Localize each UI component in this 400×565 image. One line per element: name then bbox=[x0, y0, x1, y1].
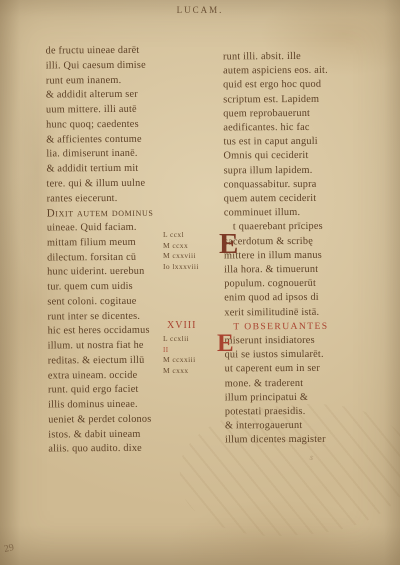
text-line: comminuet illum. bbox=[224, 206, 366, 221]
text-line: qui se iustos simularēt. bbox=[225, 348, 367, 363]
initial-letter-E-quaerebant: E bbox=[219, 231, 238, 257]
text-line: Dixit autem dominus bbox=[47, 206, 179, 222]
text-line: miserunt insidiatores bbox=[224, 334, 366, 349]
text-line: ut caperent eum in ser bbox=[225, 362, 367, 377]
text-line: M ccxx bbox=[163, 241, 199, 252]
text-line: illum. ut nostra fiat he bbox=[48, 339, 180, 355]
text-column-right: runt illi. absit. illeautem aspiciens eo… bbox=[223, 50, 367, 448]
text-line: mittere in illum manus bbox=[224, 248, 366, 263]
text-line: sent coloni. cogitaue bbox=[47, 294, 179, 310]
text-line: reditas. & eiectum illū bbox=[48, 353, 180, 369]
text-line: L ccxlii bbox=[163, 334, 196, 345]
text-line: L ccxl bbox=[163, 230, 199, 241]
text-line: tus est in caput anguli bbox=[223, 135, 365, 150]
text-line: enim quod ad ipsos di bbox=[224, 291, 366, 306]
text-line: uum mittere. illi autē bbox=[46, 103, 178, 119]
text-line: t obseruantes bbox=[224, 319, 366, 334]
text-line: quem autem ceciderit bbox=[224, 192, 366, 207]
initial-letter-E-obseruantes: E bbox=[217, 331, 234, 357]
text-line: runt illi. absit. ille bbox=[223, 50, 365, 65]
text-line: aliis. quo audito. dixe bbox=[48, 442, 180, 458]
text-line: autem aspiciens eos. ait. bbox=[223, 64, 365, 79]
text-line: populum. cognouerūt bbox=[224, 277, 366, 292]
text-line: tur. quem cum uidis bbox=[47, 280, 179, 296]
text-line: quem reprobauerunt bbox=[223, 106, 365, 121]
eusebian-canon-block-2: L ccxliiIIM ccxxiiiM cxxx bbox=[163, 334, 196, 376]
text-line: runt inter se dicentes. bbox=[47, 309, 179, 325]
text-line: M cxxx bbox=[163, 366, 196, 377]
text-line: hunc quoq; caedentes bbox=[46, 117, 178, 133]
text-line: quid est ergo hoc quod bbox=[223, 78, 365, 93]
text-line: de fructu uineae darēt bbox=[46, 44, 178, 60]
text-line: conquassabitur. supra bbox=[224, 177, 366, 192]
text-line: uineae. Quid faciam. bbox=[47, 221, 179, 237]
text-line: illis dominus uineae. bbox=[48, 398, 180, 414]
text-line: sacerdotum & scribę bbox=[224, 234, 366, 249]
text-line: & addidit alterum ser bbox=[46, 88, 178, 104]
text-line: mone. & traderent bbox=[225, 376, 367, 391]
manuscript-page-photo: { "page": { "header": "LUCAM.", "folio_m… bbox=[0, 0, 400, 565]
text-column-left: de fructu uineae darētilli. Qui caesum d… bbox=[46, 44, 181, 458]
text-line: M ccxxiii bbox=[163, 355, 196, 366]
text-line: t quaerebant prīcipes bbox=[224, 220, 366, 235]
text-line: Io lxxxviii bbox=[163, 262, 199, 273]
running-title: LUCAM. bbox=[0, 5, 400, 15]
text-line: supra illum lapidem. bbox=[224, 163, 366, 178]
eusebian-canon-block-1: L ccxlM ccxxM cxxviiiIo lxxxviii bbox=[163, 230, 199, 272]
text-line: Omnis qui ceciderit bbox=[223, 149, 365, 164]
text-line: lia. dimiserunt inanē. bbox=[46, 147, 178, 163]
text-line: II bbox=[163, 345, 196, 356]
text-line: potestati praesidis. bbox=[225, 405, 367, 420]
text-line: & interrogauerunt bbox=[225, 419, 367, 434]
text-line: scriptum est. Lapidem bbox=[223, 92, 365, 107]
text-line: & afficientes contume bbox=[46, 132, 178, 148]
text-line: illa hora. & timuerunt bbox=[224, 263, 366, 278]
text-line: extra uineam. occide bbox=[48, 368, 180, 384]
text-line: tere. qui & illum uulne bbox=[46, 176, 178, 192]
text-line: mittam filium meum bbox=[47, 235, 179, 251]
text-line: hunc uiderint. uerebun bbox=[47, 265, 179, 281]
text-line: & addidit tertium mit bbox=[46, 162, 178, 178]
text-line: runt eum inanem. bbox=[46, 73, 178, 89]
text-line: M cxxviii bbox=[163, 251, 199, 262]
text-line: rantes eiecerunt. bbox=[47, 191, 179, 207]
chapter-number: XVIII bbox=[167, 320, 196, 331]
quire-signature: 29 bbox=[3, 542, 15, 555]
text-line: istos. & dabit uineam bbox=[48, 427, 180, 443]
text-line: xerit similitudinē istā. bbox=[224, 305, 366, 320]
text-line: hic est heres occidamus bbox=[48, 324, 180, 340]
text-line: dilectum. forsitan cū bbox=[47, 250, 179, 266]
text-line: illum dicentes magister bbox=[225, 433, 367, 448]
text-line: illi. Qui caesum dimise bbox=[46, 58, 178, 74]
text-line: illum principatui & bbox=[225, 391, 367, 406]
text-line: ueniet & perdet colonos bbox=[48, 412, 180, 428]
text-line: aedificantes. hic fac bbox=[223, 121, 365, 136]
text-line: runt. quid ergo faciet bbox=[48, 383, 180, 399]
